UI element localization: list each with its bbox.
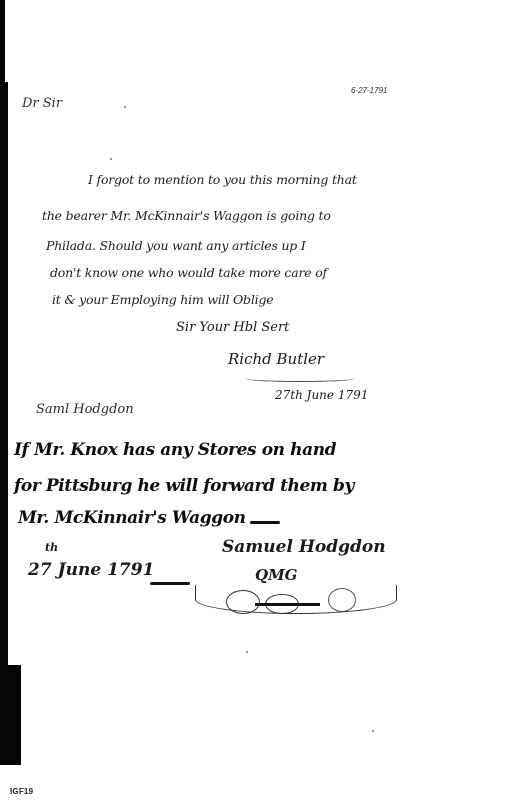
signature-underline xyxy=(255,603,320,606)
letter-2-line: Mr. McKinnair's Waggon xyxy=(18,508,246,528)
ink-dash xyxy=(150,582,190,585)
signature-flourish xyxy=(245,375,355,382)
letter-1-line: it & your Employing him will Oblige xyxy=(52,292,273,307)
letter-2-line: If Mr. Knox has any Stores on hand xyxy=(14,440,336,460)
letter-1-line: don't know one who would take more care … xyxy=(50,265,327,280)
letter-2-signature-title: QMG xyxy=(255,566,297,584)
scan-border-top xyxy=(0,0,5,82)
paper-speck xyxy=(372,730,374,732)
letter-2-date: 27 June 1791 xyxy=(28,560,154,580)
scan-border-middle xyxy=(0,82,8,665)
letter-1-salutation: Dr Sir xyxy=(22,96,62,111)
letter-1-closing: Sir Your Hbl Sert xyxy=(176,320,289,335)
letter-2-date-superscript: th xyxy=(45,541,58,554)
letter-2-signature: Samuel Hodgdon xyxy=(222,537,386,557)
paper-speck xyxy=(110,158,112,160)
letter-2-line: for Pittsburg he will forward them by xyxy=(14,476,354,496)
paper-speck xyxy=(246,651,248,653)
letter-1-date: 27th June 1791 xyxy=(275,388,368,402)
scan-border-bottom xyxy=(0,665,21,765)
ink-dash xyxy=(250,521,280,524)
letter-1-signature: Richd Butler xyxy=(228,350,324,368)
letter-1-line: the bearer Mr. McKinnair's Waggon is goi… xyxy=(42,208,331,223)
letter-1-line: Philada. Should you want any articles up… xyxy=(46,238,306,253)
scan-label: IGF19 xyxy=(10,787,33,796)
paper-speck xyxy=(124,106,126,108)
letter-1-line: I forgot to mention to you this morning … xyxy=(88,172,357,187)
letter-2-addressee: Saml Hodgdon xyxy=(36,402,134,417)
archive-date-stamp: 6-27-1791 xyxy=(351,86,387,95)
signature-flourish-loop xyxy=(328,588,356,612)
signature-flourish-loop xyxy=(226,590,260,614)
